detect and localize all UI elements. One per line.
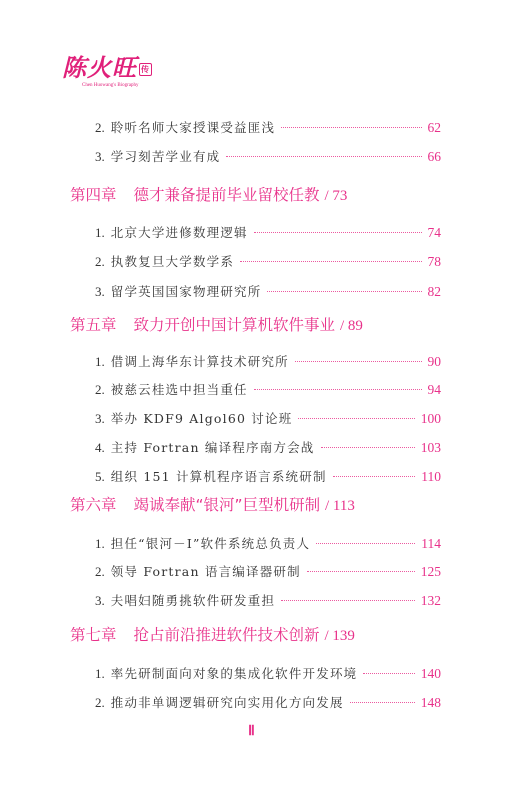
dot-leader (226, 156, 421, 157)
chapter-title: 抢占前沿推进软件技术创新 (134, 626, 320, 644)
toc-item[interactable]: 2. 聆听名师大家授课受益匪浅 62 (95, 118, 441, 138)
chapter-title: 德才兼备提前毕业留校任教 (134, 186, 320, 204)
item-title: 推动非单调逻辑研究向实用化方向发展 (111, 693, 344, 713)
chapter-title: 致力开创中国计算机软件事业 (134, 316, 336, 334)
page-folio: Ⅱ (248, 723, 255, 740)
seal-icon: 传 (139, 63, 152, 76)
toc-item[interactable]: 1. 担任“银河－Ⅰ”软件系统总负责人 114 (95, 534, 441, 554)
item-page: 94 (428, 380, 442, 400)
logo-subtitle: Chen Huowang's Biography (82, 83, 138, 88)
item-index: 2. (95, 693, 105, 713)
dot-leader (321, 447, 415, 448)
item-title: 领导 Fortran 语言编译器研制 (111, 562, 301, 582)
chapter-title: 竭诚奉献“银河”巨型机研制 (134, 496, 321, 514)
book-logo: 陈火旺传 Chen Huowang's Biography (62, 55, 182, 95)
dot-leader (307, 571, 415, 572)
item-index: 1. (95, 664, 105, 684)
item-index: 3. (95, 147, 105, 167)
item-index: 3. (95, 591, 105, 611)
item-index: 5. (95, 467, 105, 487)
dot-leader (298, 418, 414, 419)
dot-leader (254, 232, 422, 233)
dot-leader (281, 600, 415, 601)
chapter-heading-7[interactable]: 第七章抢占前沿推进软件技术创新 / 139 (70, 624, 355, 646)
dot-leader (240, 261, 421, 262)
toc-item[interactable]: 3. 留学英国国家物理研究所 82 (95, 282, 441, 302)
chapter-number: 第六章 (70, 494, 117, 516)
dot-leader (295, 361, 422, 362)
item-page: 78 (428, 252, 442, 272)
chapter-page: / 89 (340, 318, 363, 334)
item-page: 100 (421, 409, 441, 429)
item-title: 担任“银河－Ⅰ”软件系统总负责人 (111, 534, 310, 554)
item-page: 62 (428, 118, 442, 138)
item-page: 90 (428, 352, 442, 372)
logo-title: 陈火旺传 (62, 55, 152, 81)
dot-leader (363, 673, 414, 674)
item-index: 1. (95, 534, 105, 554)
dot-leader (281, 127, 421, 128)
item-index: 2. (95, 562, 105, 582)
item-index: 2. (95, 380, 105, 400)
chapter-page: / 113 (325, 498, 355, 514)
logo-title-text: 陈火旺 (62, 53, 137, 82)
dot-leader (350, 702, 415, 703)
item-title: 主持 Fortran 编译程序南方会战 (111, 438, 315, 458)
toc-item[interactable]: 3. 夫唱妇随勇挑软件研发重担 132 (95, 591, 441, 611)
item-index: 2. (95, 118, 105, 138)
toc-item[interactable]: 5. 组织 151 计算机程序语言系统研制 110 (95, 467, 441, 487)
toc-item[interactable]: 1. 借调上海华东计算技术研究所 90 (95, 352, 441, 372)
item-title: 学习刻苦学业有成 (111, 147, 221, 167)
item-page: 132 (421, 591, 441, 611)
item-page: 140 (421, 664, 441, 684)
item-title: 留学英国国家物理研究所 (111, 282, 262, 302)
item-title: 被慈云桂选中担当重任 (111, 380, 248, 400)
toc-item[interactable]: 2. 被慈云桂选中担当重任 94 (95, 380, 441, 400)
item-index: 1. (95, 352, 105, 372)
item-index: 3. (95, 282, 105, 302)
chapter-heading-4[interactable]: 第四章德才兼备提前毕业留校任教 / 73 (70, 184, 347, 206)
toc-item[interactable]: 4. 主持 Fortran 编译程序南方会战 103 (95, 438, 441, 458)
chapter-number: 第七章 (70, 624, 117, 646)
toc-item[interactable]: 2. 领导 Fortran 语言编译器研制 125 (95, 562, 441, 582)
item-title: 夫唱妇随勇挑软件研发重担 (111, 591, 275, 611)
toc-item[interactable]: 1. 率先研制面向对象的集成化软件开发环境 140 (95, 664, 441, 684)
item-page: 82 (428, 282, 442, 302)
dot-leader (267, 291, 421, 292)
item-index: 2. (95, 252, 105, 272)
toc-item[interactable]: 3. 学习刻苦学业有成 66 (95, 147, 441, 167)
item-page: 110 (421, 467, 441, 487)
item-title: 执教复旦大学数学系 (111, 252, 234, 272)
item-page: 74 (428, 223, 442, 243)
item-title: 举办 KDF9 Algol60 讨论班 (111, 409, 293, 429)
item-page: 103 (421, 438, 441, 458)
toc-item[interactable]: 2. 执教复旦大学数学系 78 (95, 252, 441, 272)
chapter-heading-6[interactable]: 第六章竭诚奉献“银河”巨型机研制 / 113 (70, 494, 355, 516)
item-index: 3. (95, 409, 105, 429)
dot-leader (254, 389, 422, 390)
item-index: 1. (95, 223, 105, 243)
item-page: 125 (421, 562, 441, 582)
item-page: 66 (428, 147, 442, 167)
chapter-number: 第五章 (70, 314, 117, 336)
item-page: 148 (421, 693, 441, 713)
item-title: 组织 151 计算机程序语言系统研制 (111, 467, 327, 487)
item-title: 率先研制面向对象的集成化软件开发环境 (111, 664, 358, 684)
toc-item[interactable]: 2. 推动非单调逻辑研究向实用化方向发展 148 (95, 693, 441, 713)
chapter-page: / 139 (324, 628, 354, 644)
chapter-page: / 73 (324, 188, 347, 204)
item-title: 借调上海华东计算技术研究所 (111, 352, 289, 372)
item-index: 4. (95, 438, 105, 458)
chapter-number: 第四章 (70, 184, 117, 206)
dot-leader (333, 476, 416, 477)
item-title: 北京大学进修数理逻辑 (111, 223, 248, 243)
item-page: 114 (421, 534, 441, 554)
dot-leader (316, 543, 415, 544)
item-title: 聆听名师大家授课受益匪浅 (111, 118, 275, 138)
chapter-heading-5[interactable]: 第五章致力开创中国计算机软件事业 / 89 (70, 314, 363, 336)
toc-item[interactable]: 3. 举办 KDF9 Algol60 讨论班 100 (95, 409, 441, 429)
toc-item[interactable]: 1. 北京大学进修数理逻辑 74 (95, 223, 441, 243)
